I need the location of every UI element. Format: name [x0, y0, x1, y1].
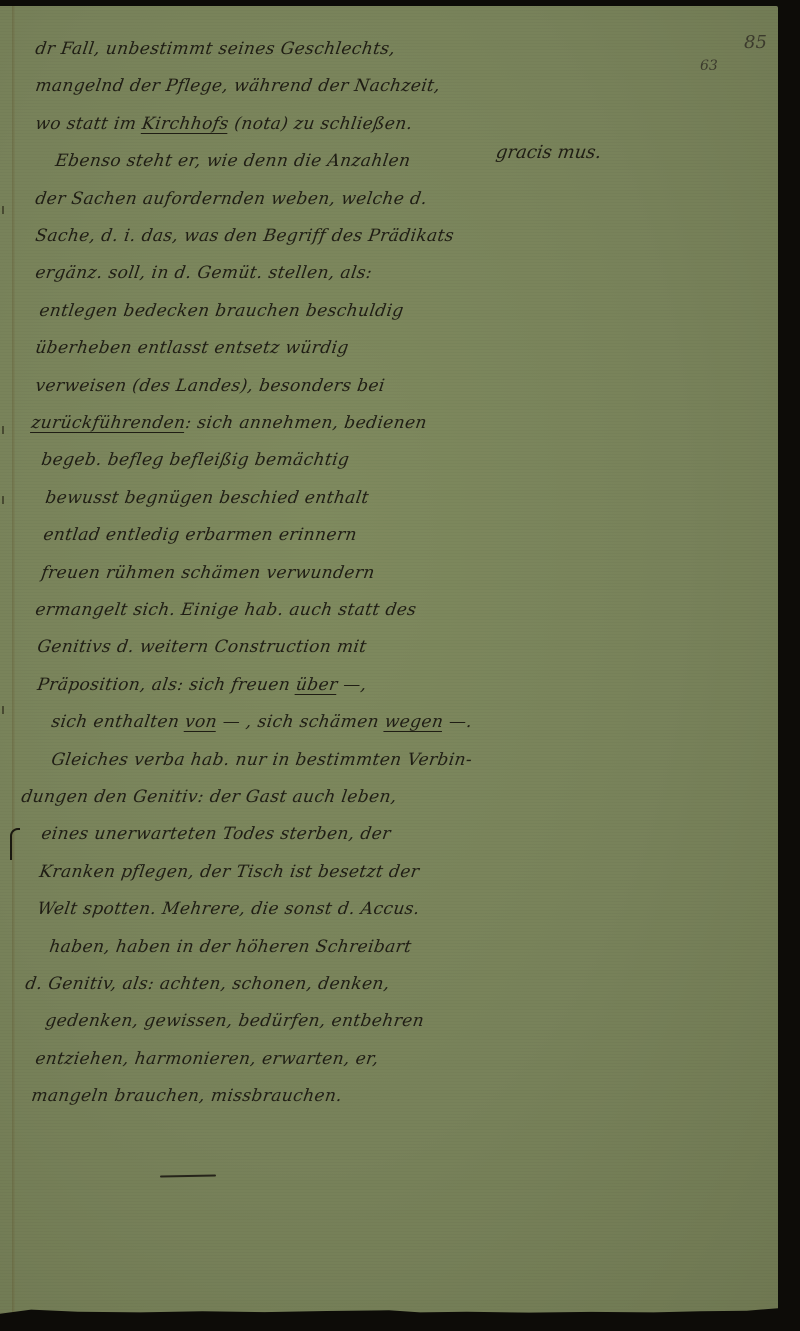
manuscript-line: dungen den Genitiv: der Gast auch leben,: [20, 787, 398, 807]
manuscript-line: entlad entledig erbarmen erinnern: [42, 525, 358, 545]
manuscript-line: sich enthalten von — , sich schämen wege…: [50, 712, 474, 732]
manuscript-page: 85 63 gracis mus. dr Fall, unbestimmt se…: [0, 6, 778, 1316]
manuscript-line: Sache, d. i. das, was den Begriff des Pr…: [34, 226, 455, 246]
manuscript-line: haben, haben in der höheren Schreibart: [48, 937, 413, 957]
folio-number-primary: 85: [744, 32, 767, 53]
manuscript-line: Ebenso steht er, wie denn die Anzahlen: [54, 151, 412, 171]
manuscript-line: freuen rühmen schämen verwundern: [40, 563, 376, 583]
manuscript-line: überheben entlasst entsetz würdig: [34, 338, 350, 358]
manuscript-line: mangeln brauchen, missbrauchen.: [30, 1086, 344, 1106]
margin-bracket-mark: [10, 828, 20, 860]
margin-tick: [2, 426, 4, 434]
margin-tick: [2, 496, 4, 504]
margin-note: gracis mus.: [495, 142, 603, 163]
manuscript-line: entlegen bedecken brauchen beschuldig: [38, 301, 405, 321]
manuscript-line: verweisen (des Landes), besonders bei: [34, 376, 386, 396]
manuscript-line: eines unerwarteten Todes sterben, der: [40, 824, 392, 844]
manuscript-line: ermangelt sich. Einige hab. auch statt d…: [34, 600, 418, 620]
manuscript-scan: 85 63 gracis mus. dr Fall, unbestimmt se…: [0, 0, 800, 1331]
manuscript-line: wo statt im Kirchhofs (nota) zu schließe…: [34, 114, 414, 134]
manuscript-line: dr Fall, unbestimmt seines Geschlechts,: [34, 39, 397, 59]
manuscript-line: bewusst begnügen beschied enthalt: [44, 488, 370, 508]
manuscript-line: Genitivs d. weitern Construction mit: [36, 637, 368, 657]
margin-tick: [2, 206, 4, 214]
manuscript-line: Gleiches verba hab. nur in bestimmten Ve…: [50, 750, 474, 770]
manuscript-line: mangelnd der Pflege, während der Nachzei…: [34, 76, 442, 96]
manuscript-line: Kranken pflegen, der Tisch ist besetzt d…: [38, 862, 421, 882]
margin-tick: [2, 706, 4, 714]
manuscript-line: Präposition, als: sich freuen über —,: [36, 675, 368, 695]
binding-gutter: [12, 6, 15, 1316]
end-of-text-rule: [160, 1175, 216, 1178]
scan-border-right: [778, 0, 800, 1331]
folio-number-secondary: 63: [700, 58, 718, 74]
manuscript-line: entziehen, harmonieren, erwarten, er,: [34, 1049, 380, 1069]
manuscript-line: der Sachen aufordernden weben, welche d.: [34, 189, 429, 209]
manuscript-line: gedenken, gewissen, bedürfen, entbehren: [44, 1011, 425, 1031]
manuscript-line: zurückführenden: sich annehmen, bedienen: [30, 413, 428, 433]
manuscript-line: begeb. befleg befleißig bemächtig: [40, 450, 351, 470]
manuscript-line: Welt spotten. Mehrere, die sonst d. Accu…: [36, 899, 421, 919]
manuscript-line: d. Genitiv, als: achten, schonen, denken…: [24, 974, 391, 994]
manuscript-line: ergänz. soll, in d. Gemüt. stellen, als:: [34, 263, 374, 283]
